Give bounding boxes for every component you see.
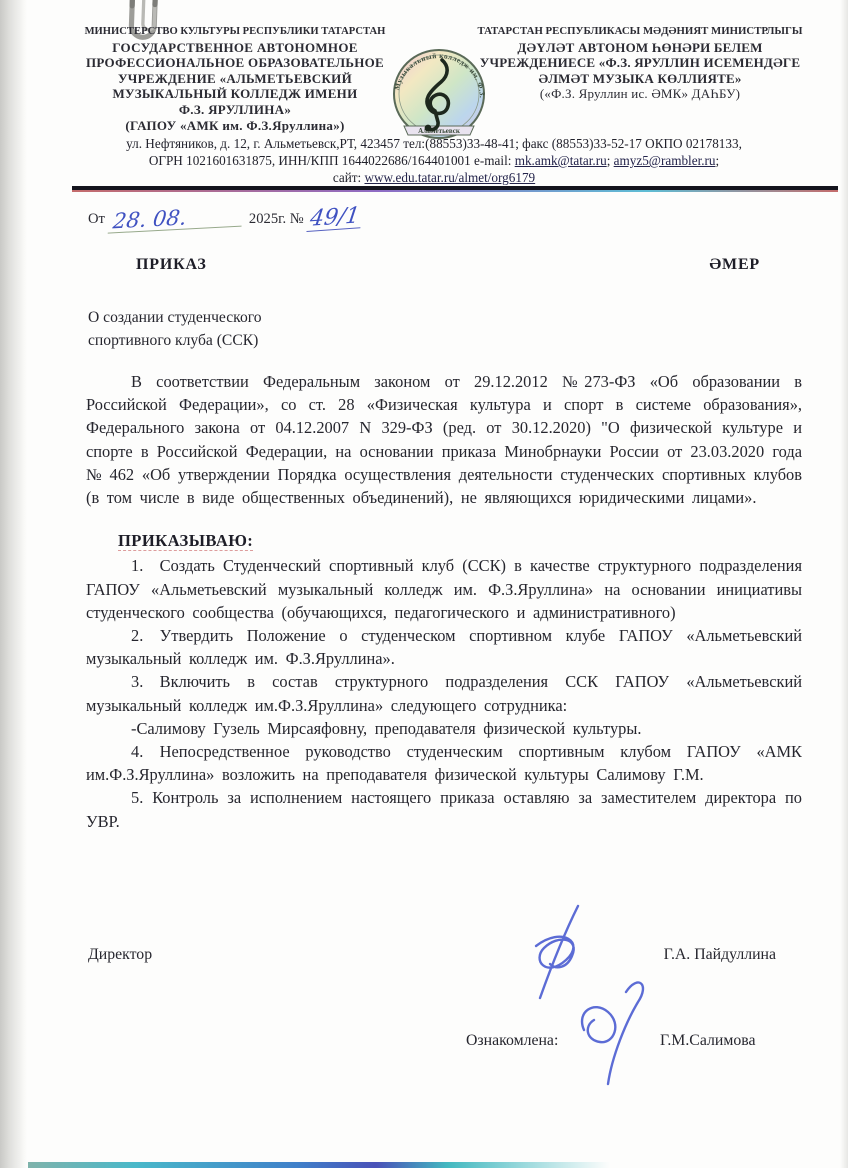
ministry-line-tat: ТАТАРСТАН РЕСПУБЛИКАСЫ МӘДӘНИЯТ МИНИСТРЛ… xyxy=(448,24,832,40)
order-date-number-line: От 28. 08. 2025г. № 49/1 xyxy=(88,196,362,232)
order-titles-row: ПРИКАЗ ӘМЕР xyxy=(88,256,760,274)
acknowledged-name: Г.М.Салимова xyxy=(660,1032,755,1050)
handwritten-order-number: 49/1 xyxy=(306,205,363,232)
acknowledged-signature-icon xyxy=(568,972,656,1090)
contact-reg-line: ОГРН 1021601631875, ИНН/КПП 1644022686/1… xyxy=(64,152,804,169)
website-link[interactable]: www.edu.tatar.ru/almet/org6179 xyxy=(364,170,535,185)
scan-right-edge xyxy=(840,0,848,1168)
director-signature-row: Директор Г.А. Пайдуллина xyxy=(88,946,776,964)
director-label: Директор xyxy=(88,946,152,964)
email-link-secondary[interactable]: amyz5@rambler.ru xyxy=(614,153,716,168)
order-subject: О создании студенческого спортивного клу… xyxy=(88,306,262,352)
contact-site-line: сайт: www.edu.tatar.ru/almet/org6179 xyxy=(64,169,804,186)
scan-bottom-color-strip xyxy=(28,1162,628,1168)
college-logo-emblem-icon: Музыкальный колледж им. Ф.З.Яруллина Аль… xyxy=(382,42,496,142)
email-link-primary[interactable]: mk.amk@tatar.ru xyxy=(515,153,607,168)
ministry-line-ru: МИНИСТЕРСТВО КУЛЬТУРЫ РЕСПУБЛИКИ ТАТАРСТ… xyxy=(66,24,404,40)
from-label: От xyxy=(88,211,105,232)
year-number-label: 2025г. № xyxy=(249,211,304,232)
contact-block: ул. Нефтяников, д. 12, г. Альметьевск,РТ… xyxy=(64,135,804,186)
order-item-1: 1. Создать Студенческий спортивный клуб … xyxy=(86,554,802,624)
preamble-paragraph: В соответствии Федеральным законом от 29… xyxy=(86,370,802,509)
order-title-russian: ПРИКАЗ xyxy=(136,256,207,274)
resolve-heading-row: ПРИКАЗЫВАЮ: xyxy=(86,529,802,552)
scan-left-edge xyxy=(0,0,27,1168)
logo-city-text: Альметьевск xyxy=(418,127,461,135)
org-name-tatar: ТАТАРСТАН РЕСПУБЛИКАСЫ МӘДӘНИЯТ МИНИСТРЛ… xyxy=(448,24,832,102)
order-item-3: 3. Включить в состав структурного подраз… xyxy=(86,670,802,716)
order-item-4: 4. Непосредственное руководство студенче… xyxy=(86,740,802,786)
handwritten-date: 28. 08. xyxy=(108,203,245,233)
order-body: В соответствии Федеральным законом от 29… xyxy=(86,370,802,833)
letterhead-separator-rule xyxy=(72,186,838,190)
director-name: Г.А. Пайдуллина xyxy=(664,946,776,964)
scanned-order-page: МИНИСТЕРСТВО КУЛЬТУРЫ РЕСПУБЛИКИ ТАТАРСТ… xyxy=(0,0,848,1168)
order-item-3-employee: -Салимову Гузель Мирсаяфовну, преподават… xyxy=(86,717,802,740)
acknowledged-label: Ознакомлена: xyxy=(466,1032,558,1050)
resolve-heading: ПРИКАЗЫВАЮ: xyxy=(118,531,253,551)
order-item-2: 2. Утвердить Положение о студенческом сп… xyxy=(86,624,802,670)
order-item-5: 5. Контроль за исполнением настоящего пр… xyxy=(86,786,802,832)
order-title-tatar: ӘМЕР xyxy=(709,256,760,274)
org-name-russian: МИНИСТЕРСТВО КУЛЬТУРЫ РЕСПУБЛИКИ ТАТАРСТ… xyxy=(66,24,404,133)
